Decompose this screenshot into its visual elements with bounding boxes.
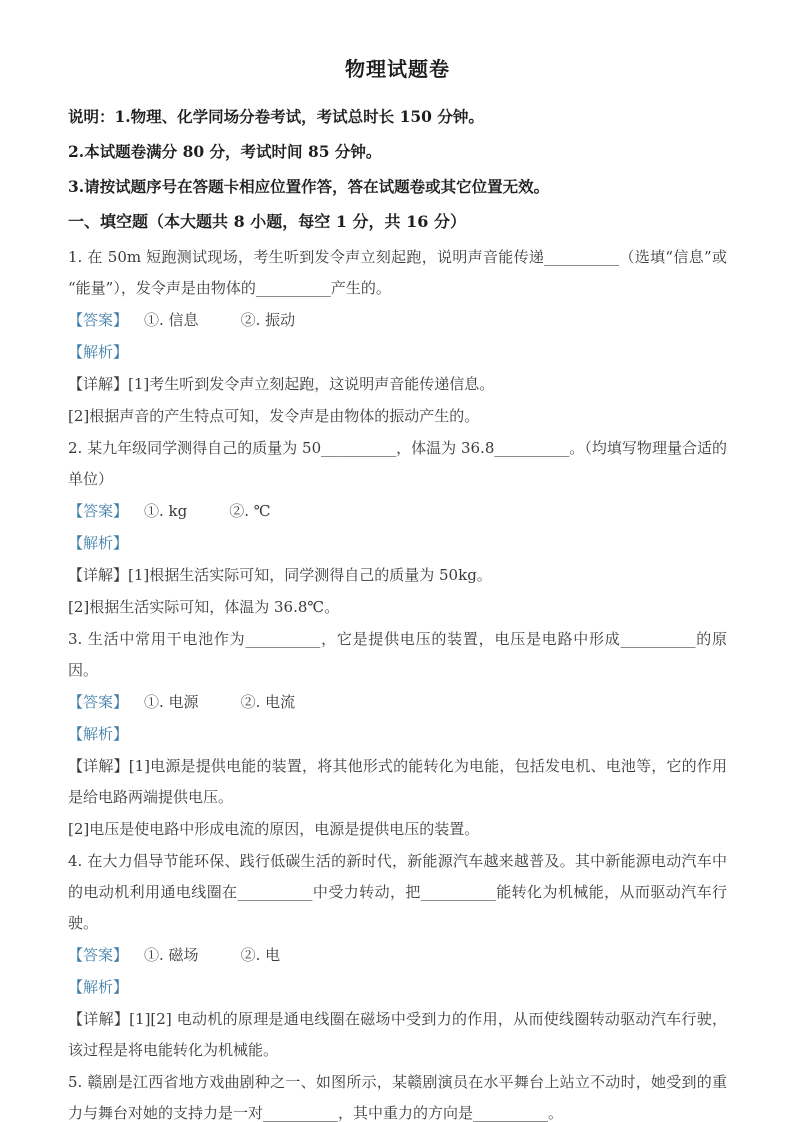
answer-item: ②. ℃ (229, 502, 270, 520)
answer-item: ①. 电源 (144, 693, 199, 711)
explanation-paragraph: [2]根据声音的产生特点可知，发令声是由物体的振动产生的。 (68, 401, 727, 432)
answer-row: 【答案】①. 信息②. 振动 (68, 305, 727, 336)
question-stem: 1. 在 50m 短跑测试现场，考生听到发令声立刻起跑，说明声音能传递_____… (68, 242, 727, 304)
answer-item: ①. 磁场 (144, 946, 199, 964)
questions-container: 1. 在 50m 短跑测试现场，考生听到发令声立刻起跑，说明声音能传递_____… (68, 242, 727, 1122)
instruction-line-2: 2.本试题卷满分 80 分，考试时间 85 分钟。 (68, 135, 727, 168)
answer-item: ①. kg (144, 502, 187, 520)
question-stem: 3. 生活中常用干电池作为__________，它是提供电压的装置，电压是电路中… (68, 624, 727, 686)
answer-label: 【答案】 (68, 311, 128, 329)
section-heading: 一、填空题（本大题共 8 小题，每空 1 分，共 16 分） (68, 205, 727, 238)
answer-item: ②. 电 (241, 946, 281, 964)
answer-label: 【答案】 (68, 946, 128, 964)
page-title: 物理试题卷 (68, 52, 727, 86)
explanation-paragraph: 【详解】[1][2] 电动机的原理是通电线圈在磁场中受到力的作用，从而使线圈转动… (68, 1004, 727, 1066)
answer-item: ②. 电流 (241, 693, 296, 711)
exam-page: 物理试题卷 说明：1.物理、化学同场分卷考试，考试总时长 150 分钟。 2.本… (0, 0, 793, 1122)
answer-row: 【答案】①. 电源②. 电流 (68, 687, 727, 718)
instruction-line-3: 3.请按试题序号在答题卡相应位置作答，答在试题卷或其它位置无效。 (68, 170, 727, 203)
answer-row: 【答案】①. kg②. ℃ (68, 496, 727, 527)
explanation-paragraph: 【详解】[1]考生听到发令声立刻起跑，这说明声音能传递信息。 (68, 369, 727, 400)
question-block: 5. 赣剧是江西省地方戏曲剧种之一、如图所示，某赣剧演员在水平舞台上站立不动时，… (68, 1067, 727, 1122)
question-block: 1. 在 50m 短跑测试现场，考生听到发令声立刻起跑，说明声音能传递_____… (68, 242, 727, 432)
answer-item: ②. 振动 (241, 311, 296, 329)
analysis-label: 【解析】 (68, 719, 727, 750)
explanation-paragraph: [2]根据生活实际可知，体温为 36.8℃。 (68, 592, 727, 623)
question-stem: 4. 在大力倡导节能环保、践行低碳生活的新时代，新能源汽车越来越普及。其中新能源… (68, 846, 727, 939)
question-block: 2. 某九年级同学测得自己的质量为 50__________，体温为 36.8_… (68, 433, 727, 623)
question-block: 3. 生活中常用干电池作为__________，它是提供电压的装置，电压是电路中… (68, 624, 727, 845)
answer-item: ①. 信息 (144, 311, 199, 329)
analysis-label: 【解析】 (68, 972, 727, 1003)
answer-label: 【答案】 (68, 693, 128, 711)
question-stem: 2. 某九年级同学测得自己的质量为 50__________，体温为 36.8_… (68, 433, 727, 495)
answer-label: 【答案】 (68, 502, 128, 520)
explanation-paragraph: 【详解】[1]电源是提供电能的装置，将其他形式的能转化为电能，包括发电机、电池等… (68, 751, 727, 813)
question-stem: 5. 赣剧是江西省地方戏曲剧种之一、如图所示，某赣剧演员在水平舞台上站立不动时，… (68, 1067, 727, 1122)
explanation-paragraph: 【详解】[1]根据生活实际可知，同学测得自己的质量为 50kg。 (68, 560, 727, 591)
answer-row: 【答案】①. 磁场②. 电 (68, 940, 727, 971)
analysis-label: 【解析】 (68, 528, 727, 559)
question-block: 4. 在大力倡导节能环保、践行低碳生活的新时代，新能源汽车越来越普及。其中新能源… (68, 846, 727, 1066)
instruction-line-1: 说明：1.物理、化学同场分卷考试，考试总时长 150 分钟。 (68, 100, 727, 133)
analysis-label: 【解析】 (68, 337, 727, 368)
explanation-paragraph: [2]电压是使电路中形成电流的原因，电源是提供电压的装置。 (68, 814, 727, 845)
